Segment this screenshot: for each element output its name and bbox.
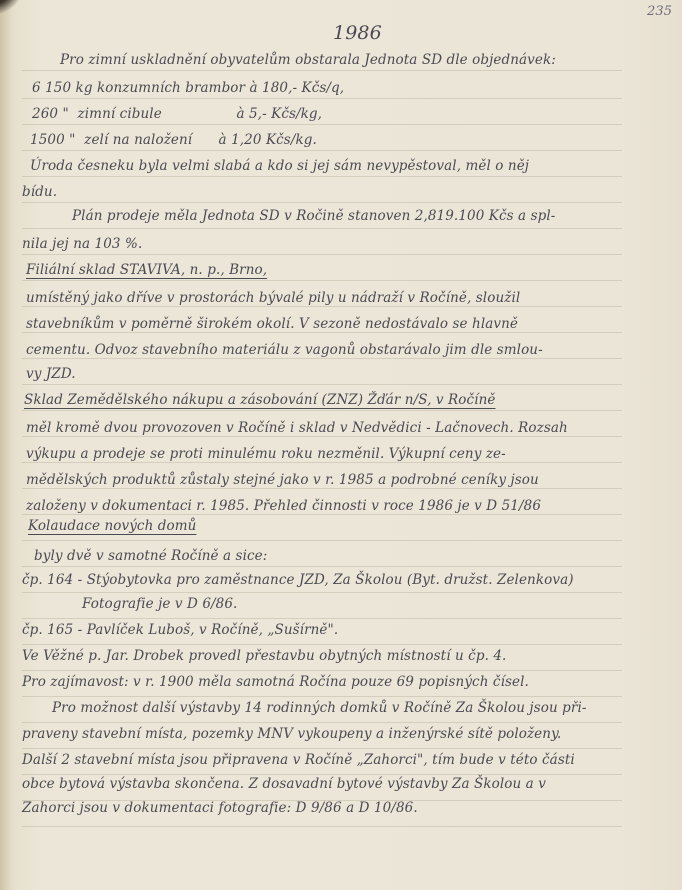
text-line: Pro zimní uskladnění obyvatelům obstaral… bbox=[60, 52, 556, 68]
text-line: umístěný jako dříve v prostorách bývalé … bbox=[26, 290, 520, 306]
ruled-line bbox=[22, 722, 622, 723]
page-binding-edge bbox=[0, 0, 10, 890]
ruled-line bbox=[22, 514, 622, 515]
ruled-line bbox=[22, 280, 622, 281]
text-line: měl kromě dvou provozoven v Ročíně i skl… bbox=[26, 420, 568, 436]
ruled-line bbox=[22, 384, 622, 385]
text-line: Další 2 stavební místa jsou připravena v… bbox=[22, 752, 575, 768]
text-line: Pro zajímavost: v r. 1900 měla samotná R… bbox=[22, 674, 529, 690]
section-heading-kolaudace: Kolaudace nových domů bbox=[28, 518, 196, 534]
chronicle-page: 235 1986 Pro zimní uskladnění obyvatelům… bbox=[0, 0, 682, 890]
text-line: mědělských produktů zůstaly stejné jako … bbox=[26, 472, 539, 488]
ruled-line bbox=[22, 306, 622, 307]
ruled-line bbox=[22, 124, 622, 125]
text-line: praveny stavební místa, pozemky MNV vyko… bbox=[22, 726, 561, 742]
text-line: 6 150 kg konzumních brambor à 180,- Kčs/… bbox=[32, 80, 344, 96]
ruled-line bbox=[22, 774, 622, 775]
text-line: stavebníkům v poměrně širokém okolí. V s… bbox=[26, 316, 518, 332]
text-line: Úroda česneku byla velmi slabá a kdo si … bbox=[30, 158, 529, 174]
text-line: 260 " zimní cibule à 5,- Kčs/kg, bbox=[32, 106, 322, 122]
text-line: cementu. Odvoz stavebního materiálu z va… bbox=[26, 342, 543, 358]
ruled-line bbox=[22, 670, 622, 671]
ruled-line bbox=[22, 592, 622, 593]
ruled-line bbox=[22, 410, 622, 411]
section-heading-znz: Sklad Zemědělského nákupu a zásobování (… bbox=[24, 392, 495, 408]
text-line: bídu. bbox=[22, 184, 57, 200]
text-line: obce bytová výstavba skončena. Z dosavad… bbox=[22, 776, 546, 792]
text-line: nila jej na 103 %. bbox=[22, 236, 142, 252]
year-heading: 1986 bbox=[333, 22, 382, 44]
text-line: výkupu a prodeje se proti minulému roku … bbox=[26, 446, 506, 462]
text-line: Plán prodeje měla Jednota SD v Ročině st… bbox=[72, 208, 555, 224]
text-line: čp. 164 - Stýobytovka pro zaměstnance JZ… bbox=[22, 572, 574, 588]
ruled-line bbox=[22, 202, 622, 203]
corner-shadow bbox=[0, 0, 24, 16]
ruled-line bbox=[22, 826, 622, 827]
text-line: založeny v dokumentaci r. 1985. Přehled … bbox=[26, 498, 541, 514]
ruled-line bbox=[22, 462, 622, 463]
ruled-line bbox=[22, 540, 622, 541]
text-line: Fotografie je v D 6/86. bbox=[82, 596, 237, 612]
ruled-line bbox=[22, 98, 622, 99]
ruled-line bbox=[22, 254, 622, 255]
ruled-line bbox=[22, 436, 622, 437]
ruled-line bbox=[22, 150, 622, 151]
text-line: byly dvě v samotné Ročíně a sice: bbox=[34, 548, 267, 564]
page-number: 235 bbox=[647, 4, 672, 19]
ruled-line bbox=[22, 748, 622, 749]
ruled-line bbox=[22, 696, 622, 697]
text-line: Ve Věžné p. Jar. Drobek provedl přestavb… bbox=[22, 648, 506, 664]
ruled-line bbox=[22, 618, 622, 619]
ruled-line bbox=[22, 566, 622, 567]
text-line: vy JZD. bbox=[26, 366, 76, 382]
section-heading-staviva: Filiální sklad STAVIVA, n. p., Brno, bbox=[26, 262, 267, 278]
ruled-line bbox=[22, 70, 622, 71]
ruled-line bbox=[22, 332, 622, 333]
ruled-line bbox=[22, 228, 622, 229]
ruled-line bbox=[22, 644, 622, 645]
text-line: 1500 " zelí na naložení à 1,20 Kčs/kg. bbox=[30, 132, 317, 148]
ruled-line bbox=[22, 358, 622, 359]
text-line: čp. 165 - Pavlíček Luboš, v Ročíně, „Suš… bbox=[22, 622, 338, 638]
text-line: Zahorci jsou v dokumentaci fotografie: D… bbox=[22, 800, 418, 816]
ruled-line bbox=[22, 488, 622, 489]
ruled-line bbox=[22, 176, 622, 177]
text-line: Pro možnost další výstavby 14 rodinných … bbox=[52, 700, 587, 716]
